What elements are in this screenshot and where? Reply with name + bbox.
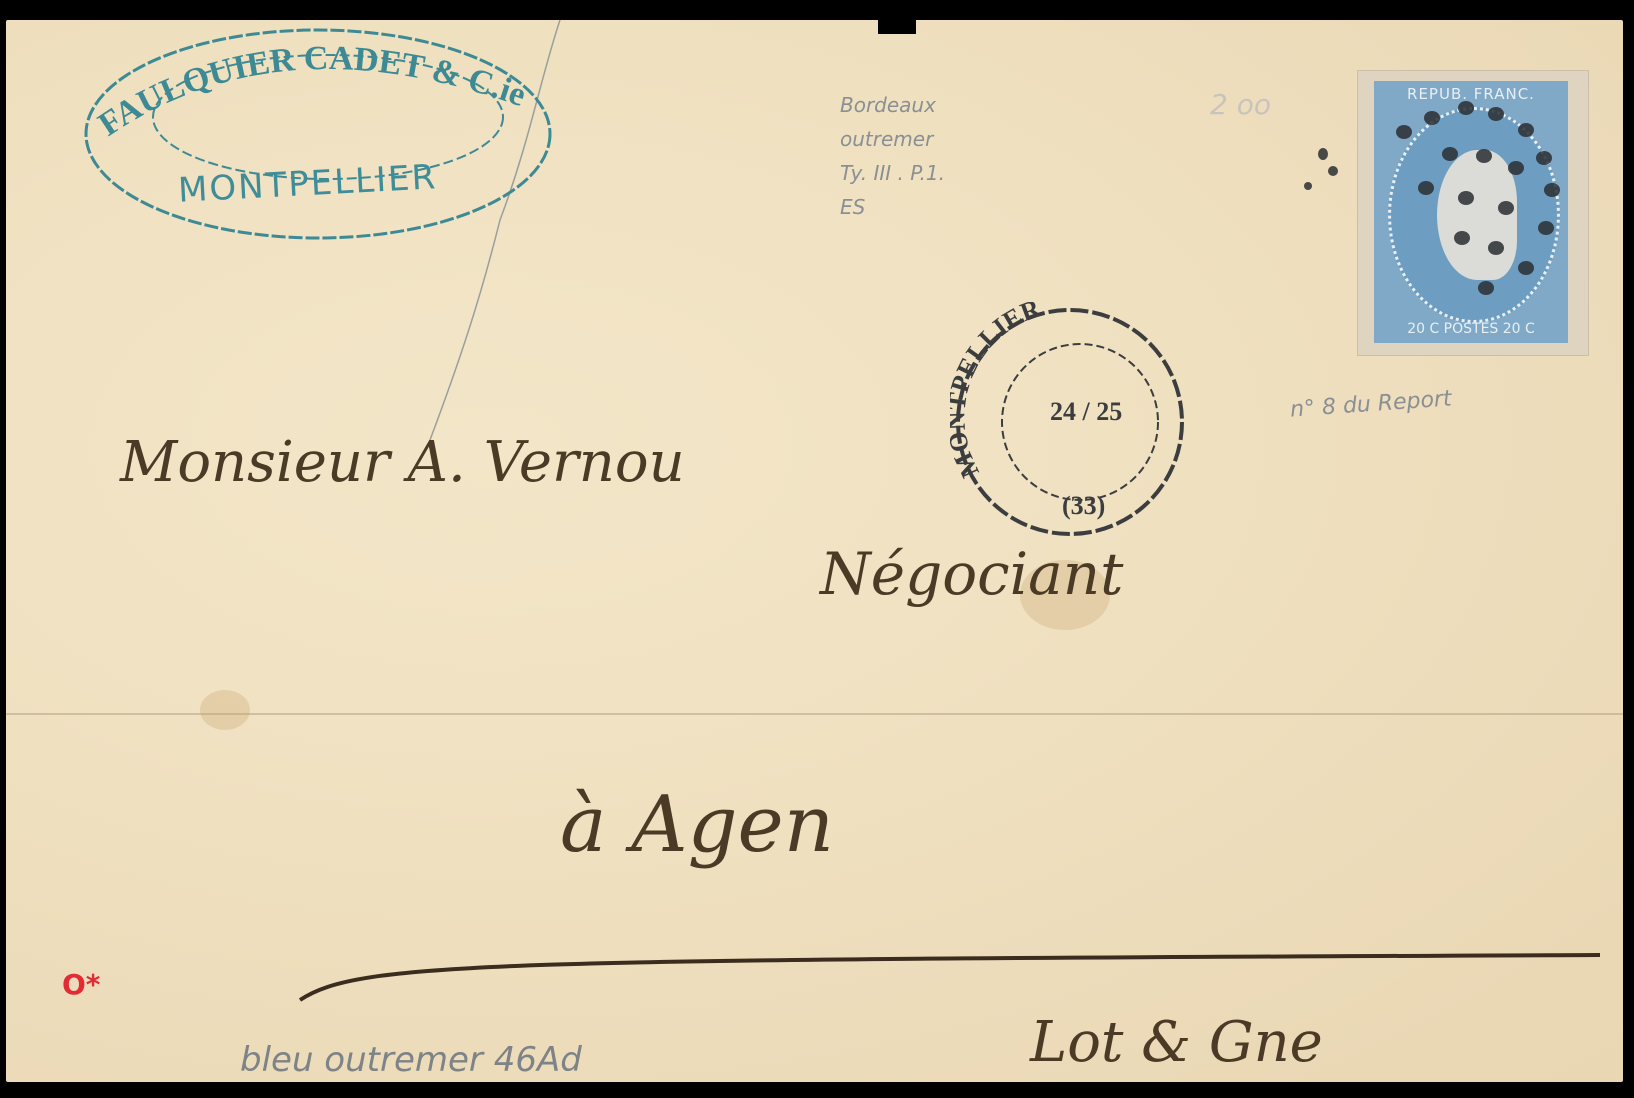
- address-region: Lot & Gne: [1030, 1010, 1323, 1075]
- underline-flourish: [0, 0, 1634, 1098]
- dealer-mark: O*: [62, 968, 100, 1001]
